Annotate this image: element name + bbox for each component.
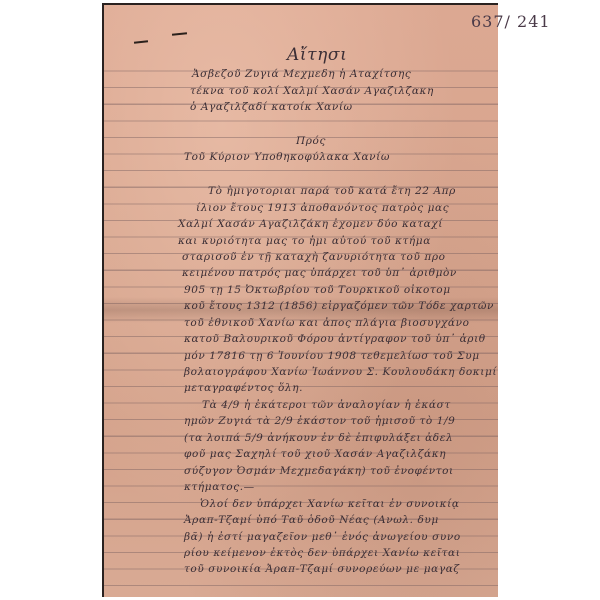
- body-line: κτήματος.—: [184, 481, 255, 493]
- body-line: σύζυγον Ὀσμάν Μεχμεδαγάκη) τοῦ ἐνοφέντοι: [184, 465, 454, 477]
- header-line: Ἀσβεζοῦ Ζυγιά Μεχμεδη ἡ Αταχίτσης: [192, 68, 411, 80]
- body-line: Τὰ 4/9 ἡ ἐκάτεροι τῶν ἀναλογίαν ἡ ἐκάστ: [202, 399, 451, 411]
- body-line: (τα λοιπά 5/9 ἀνήκουν ἐν δὲ ἐπιφυλάξει ἀ…: [184, 432, 453, 444]
- reference-number: 637/ 241: [471, 12, 551, 31]
- body-line: βολαιογράφου Χανίω Ἰωάννου Σ. Κουλουδάκη…: [184, 366, 497, 378]
- body-line: ημῶν Ζυγιά τὰ 2/9 ἐκάστον τοῦ ἡμισοῦ τὸ …: [184, 415, 455, 427]
- body-line: Χαλμί Χασάν Αγαζιλζάκη ἐχομεν δύο καταχί: [178, 218, 443, 230]
- handwritten-document-page: 637/ 241 Αἴτησι Ἀσβεζοῦ Ζυγιά Μεχμεδη ἡ …: [102, 3, 498, 597]
- body-line: τοῦ συνοικία Ἀραπ-Τζαμί συνορεύων με μαγ…: [184, 563, 460, 575]
- document-title: Αἴτησι: [287, 45, 347, 65]
- addressee-line: Πρός: [296, 135, 326, 147]
- ink-dash-mark: [172, 32, 187, 36]
- body-line: κοῦ ἔτους 1312 (1856) εἰργαζόμεν τῶν Τόδ…: [184, 300, 494, 312]
- body-line: Ἀραπ-Τζαμί ὑπό Ταῦ ὁδοῦ Νέας (Ανωλ. δυμ: [184, 514, 439, 526]
- body-line: ρίου κείμενον ἐκτὸς δεν ὑπάρχει Χανίω κε…: [184, 547, 460, 559]
- body-line: Τὸ ἡμιγοτοριαι παρά τοῦ κατά ἔτη 22 Απρ: [208, 185, 456, 197]
- ink-dash-mark: [134, 40, 148, 43]
- body-line: 905 τῃ 15 Ὀκτωβρίου τοῦ Τουρκικοῦ οἰκοτο…: [184, 284, 451, 296]
- body-line: κειμένου πατρός μας ὑπάρχει τοῦ ὑπ᾽ ἀριθ…: [182, 267, 457, 279]
- header-line: ὁ Αγαζιλζαδί κατοίκ Χανίω: [190, 101, 353, 113]
- body-line: ίλιον ἔτους 1913 ἀποθανόντος πατρὸς μας: [196, 202, 449, 214]
- body-line: Ὁλοί δεν ὑπάρχει Χανίω κεῖται ἐν συνοικί…: [200, 498, 460, 510]
- body-line: βᾶ) ἡ ἐστί μαγαζεῖον μεθ᾽ ἑνός ἀνωγείου …: [184, 531, 461, 543]
- body-line: μεταγραφέντος ὅλη.: [184, 382, 303, 394]
- body-line: σταρισοῦ ἐν τῇ καταχὴ ζανυριότητα τοῦ πρ…: [182, 251, 446, 263]
- body-line: και κυριότητα μας το ἡμι αὐτού τοῦ κτήμα: [178, 235, 431, 247]
- body-line: τοῦ ἐθνικοῦ Χανίω και ἀπος πλάγια βιοσυγ…: [184, 317, 470, 329]
- body-line: φοῦ μας Σαχηλί τοῦ χιοῦ Χασάν Αγαζιλζάκη: [184, 448, 446, 460]
- body-line: μόν 17816 τῃ 6 Ἰουνίου 1908 τεθεμελίωσ τ…: [184, 350, 480, 362]
- header-line: τέκνα τοῦ κολί Χαλμί Χασάν Αγαζιλζακη: [190, 85, 434, 97]
- body-line: κατοῦ Βαλουρικοῦ Φόρου ἀντίγραφον τοῦ ὑπ…: [184, 333, 486, 345]
- addressee-line: Τοῦ Κύριον Υποθηκοφύλακα Χανίω: [184, 151, 390, 163]
